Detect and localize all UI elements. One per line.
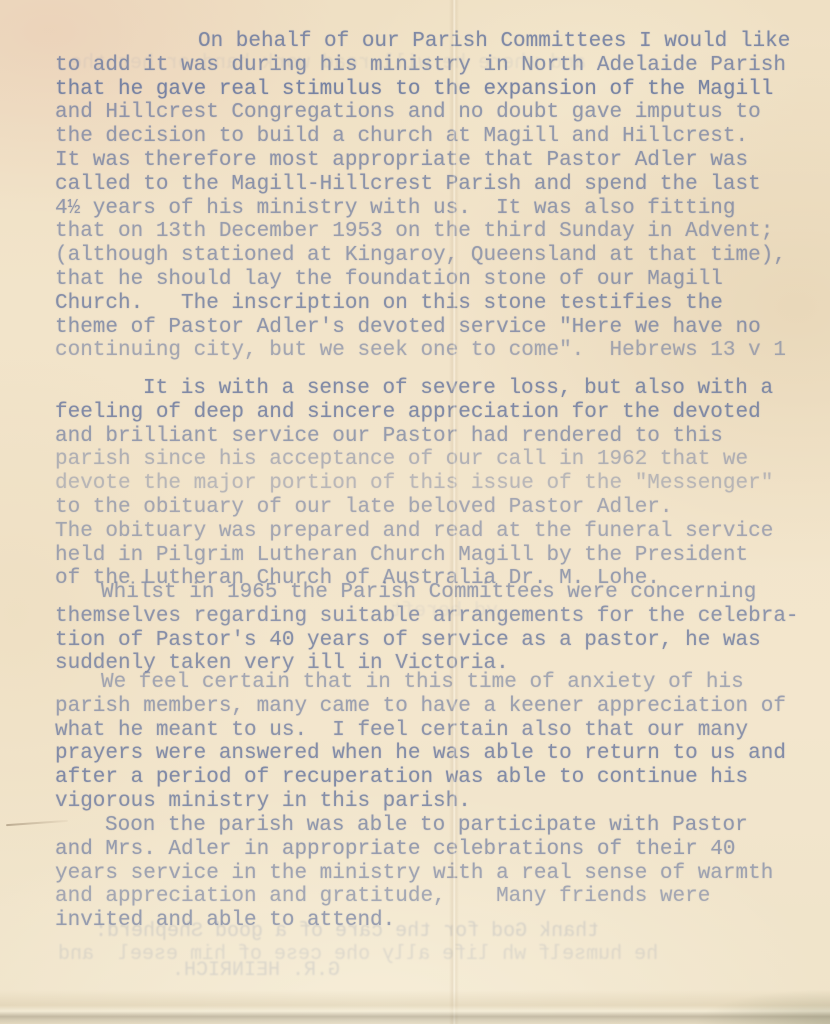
text-line: Whilst in 1965 the Parish Committees wer… [55,581,830,605]
typed-text-layer: On behalf of our Parish Committees I wou… [0,0,830,1024]
text-line: prayers were answered when he was able t… [55,742,830,766]
text-line: It is with a sense of severe loss, but a… [55,377,830,401]
text-line: what he meant to us. I feel certain also… [55,719,830,743]
text-line: to add it was during his ministry in Nor… [55,54,830,78]
text-line: We feel certain that in this time of anx… [55,671,830,695]
text-line: themselves regarding suitable arrangemen… [55,605,830,629]
text-line: to the obituary of our late beloved Past… [55,496,830,520]
text-line: and Mrs. Adler in appropriate celebratio… [55,838,830,862]
text-line: tion of Pastor's 40 years of service as … [55,629,830,653]
text-line: that on 13th December 1953 on the third … [55,220,830,244]
text-line: 4½ years of his ministry with us. It was… [55,197,830,221]
text-line: parish since his acceptance of our call … [55,448,830,472]
paragraph: Whilst in 1965 the Parish Committees wer… [55,581,830,676]
text-line: (although stationed at Kingaroy, Queensl… [55,244,830,268]
text-line: devote the major portion of this issue o… [55,472,830,496]
text-line: vigorous ministry in this parish. [55,790,830,814]
text-line: and brilliant service our Pastor had ren… [55,425,830,449]
document-page: and where he will read work hand or her … [0,0,830,1024]
text-line: Soon the parish was able to participate … [55,814,830,838]
text-line: continuing city, but we seek one to come… [55,339,830,363]
paragraph: We feel certain that in this time of anx… [55,671,830,814]
paragraph: On behalf of our Parish Committees I wou… [55,30,830,363]
text-line: called to the Magill-Hillcrest Parish an… [55,173,830,197]
text-line: parish members, many came to have a keen… [55,695,830,719]
text-line: Church. The inscription on this stone te… [55,292,830,316]
text-line: held in Pilgrim Lutheran Church Magill b… [55,544,830,568]
text-line: after a period of recuperation was able … [55,766,830,790]
text-line: On behalf of our Parish Committees I wou… [55,30,830,54]
paragraph: Soon the parish was able to participate … [55,814,830,933]
text-line: The obituary was prepared and read at th… [55,520,830,544]
text-line: and appreciation and gratitude, Many fri… [55,885,830,909]
text-line: and Hillcrest Congregations and no doubt… [55,101,830,125]
text-line: It was therefore most appropriate that P… [55,149,830,173]
text-line: the decision to build a church at Magill… [55,125,830,149]
text-line: years service in the ministry with a rea… [55,862,830,886]
paragraph: It is with a sense of severe loss, but a… [55,377,830,591]
text-line: that he gave real stimulus to the expans… [55,78,830,102]
text-line: feeling of deep and sincere appreciation… [55,401,830,425]
text-line: that he should lay the foundation stone … [55,268,830,292]
text-line: invited and able to attend. [55,909,830,933]
text-line: theme of Pastor Adler's devoted service … [55,316,830,340]
